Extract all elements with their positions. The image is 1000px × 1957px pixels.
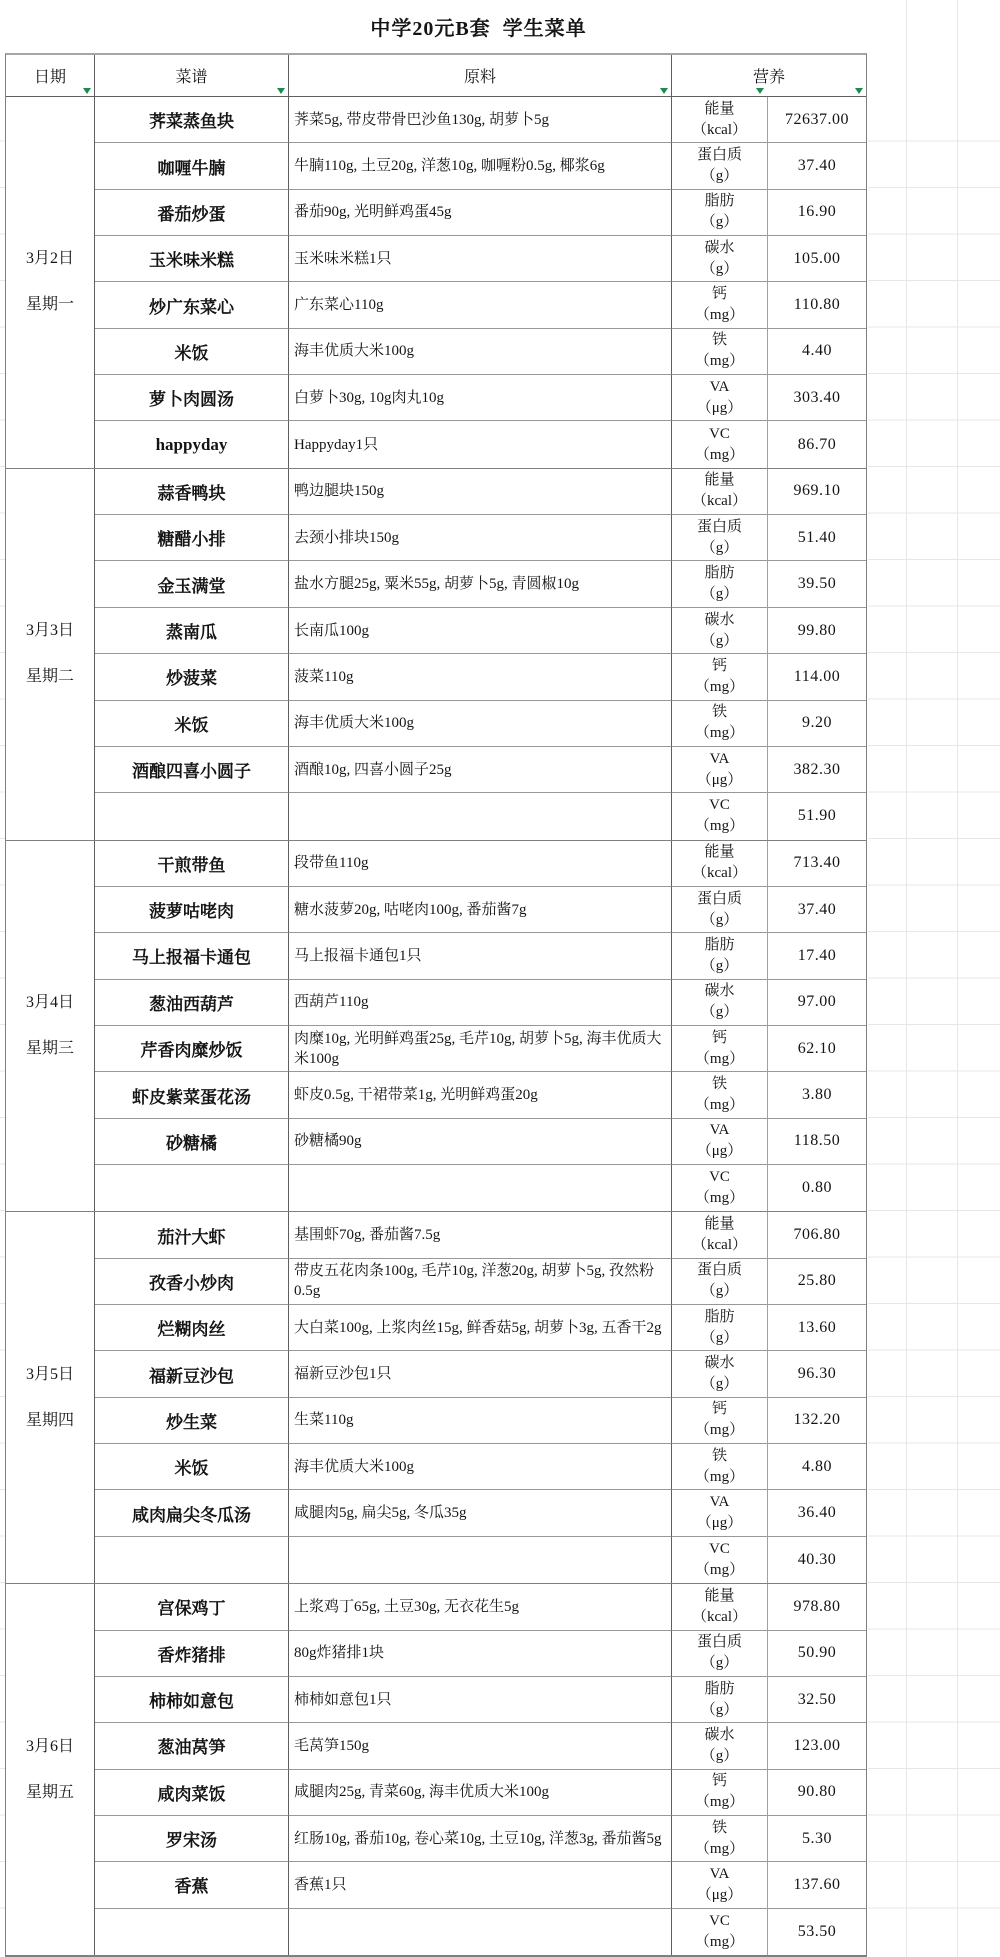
- nutrient-value-cell[interactable]: 40.30: [768, 1537, 866, 1583]
- dish-name-cell[interactable]: 玉米味米糕: [95, 236, 289, 282]
- weekday-line: 星期五: [26, 1783, 74, 1803]
- dish-name-cell[interactable]: 砂糖橘: [95, 1119, 289, 1165]
- dish-name-cell[interactable]: 虾皮紫菜蛋花汤: [95, 1072, 289, 1118]
- dish-name-cell[interactable]: 孜香小炒肉: [95, 1259, 289, 1305]
- ingredients-cell[interactable]: 海丰优质大米100g: [289, 701, 672, 747]
- ingredients-cell[interactable]: 虾皮0.5g, 干裙带菜1g, 光明鲜鸡蛋20g: [289, 1072, 672, 1118]
- dish-name-cell[interactable]: 福新豆沙包: [95, 1351, 289, 1397]
- nutrient-name-cell[interactable]: 蛋白质 （g）: [672, 1631, 768, 1677]
- date-line: 3月2日: [26, 249, 74, 269]
- dish-name-cell[interactable]: 香炸猪排: [95, 1631, 289, 1677]
- nutrient-unit: （g）: [701, 631, 739, 652]
- nutrient-name: 脂肪: [704, 1679, 734, 1700]
- dish-name-cell[interactable]: 咖喱牛腩: [95, 143, 289, 189]
- nutrient-value-cell[interactable]: 123.00: [768, 1723, 866, 1769]
- nutrient-name: VA: [710, 1120, 730, 1141]
- date-cell[interactable]: 3月5日 星期四: [6, 1212, 95, 1583]
- nutrient-unit: （mg）: [695, 1467, 744, 1488]
- dish-name-cell[interactable]: 咸肉菜饭: [95, 1770, 289, 1816]
- nutrient-value-cell[interactable]: 713.40: [768, 841, 866, 887]
- weekday-line: 星期四: [26, 1411, 74, 1431]
- nutrient-name-cell[interactable]: 脂肪 （g）: [672, 933, 768, 979]
- nutrient-name-cell[interactable]: 能量 （kcal）: [672, 1584, 768, 1630]
- nutrient-unit: （g）: [701, 1653, 739, 1674]
- nutrient-unit: （g）: [701, 1746, 739, 1767]
- dish-name-cell[interactable]: 咸肉扁尖冬瓜汤: [95, 1490, 289, 1536]
- ingredients-cell[interactable]: 荠菜5g, 带皮带骨巴沙鱼130g, 胡萝卜5g: [289, 97, 672, 143]
- nutrient-name-cell[interactable]: 蛋白质 （g）: [672, 1259, 768, 1305]
- dish-name-cell[interactable]: [95, 1165, 289, 1211]
- dish-name-cell[interactable]: 香蕉: [95, 1862, 289, 1908]
- nutrient-unit: （kcal）: [692, 120, 747, 141]
- nutrient-value-cell[interactable]: 105.00: [768, 236, 866, 282]
- nutrient-name: 脂肪: [704, 191, 734, 212]
- nutrient-name-cell[interactable]: 能量 （kcal）: [672, 469, 768, 515]
- ingredients-cell[interactable]: 白萝卜30g, 10g肉丸10g: [289, 375, 672, 421]
- nutrient-name: 能量: [704, 842, 734, 863]
- ingredients-cell[interactable]: 生菜110g: [289, 1398, 672, 1444]
- dish-name-cell[interactable]: 荠菜蒸鱼块: [95, 97, 289, 143]
- nutrient-name: 碳水: [704, 1353, 734, 1374]
- nutrient-value-cell[interactable]: 978.80: [768, 1584, 866, 1630]
- filter-arrow-icon[interactable]: [855, 88, 863, 94]
- nutrient-unit: （g）: [701, 166, 739, 187]
- dish-name-cell[interactable]: 炒生菜: [95, 1398, 289, 1444]
- dish-name-cell[interactable]: 金玉满堂: [95, 561, 289, 607]
- nutrient-name-cell[interactable]: 能量 （kcal）: [672, 841, 768, 887]
- nutrient-name-cell[interactable]: VA （μg）: [672, 1119, 768, 1165]
- nutrient-value-cell[interactable]: 17.40: [768, 933, 866, 979]
- dish-name-cell[interactable]: happyday: [95, 421, 289, 467]
- nutrient-unit: （g）: [701, 1374, 739, 1395]
- header-menu[interactable]: 菜谱: [95, 55, 289, 97]
- nutrient-name: 蛋白质: [697, 1260, 742, 1281]
- nutrient-name: 脂肪: [704, 563, 734, 584]
- nutrient-name-cell[interactable]: 碳水 （g）: [672, 980, 768, 1026]
- nutrient-unit: （kcal）: [692, 1235, 747, 1256]
- dish-name-cell[interactable]: [95, 1537, 289, 1583]
- dish-name-cell[interactable]: 干煎带鱼: [95, 841, 289, 887]
- nutrient-unit: （μg）: [697, 1141, 743, 1162]
- weekday-line: 星期三: [26, 1039, 74, 1059]
- nutrient-unit: （mg）: [695, 1095, 744, 1116]
- nutrient-value-cell[interactable]: 13.60: [768, 1305, 866, 1351]
- dish-name-cell[interactable]: 糖醋小排: [95, 515, 289, 561]
- nutrient-name: 钙: [712, 1771, 727, 1792]
- nutrient-value-cell[interactable]: 97.00: [768, 980, 866, 1026]
- dish-name-cell[interactable]: 茄汁大虾: [95, 1212, 289, 1258]
- nutrient-unit: （mg）: [695, 1839, 744, 1860]
- nutrient-unit: （g）: [701, 956, 739, 977]
- nutrient-name: 钙: [712, 1399, 727, 1420]
- nutrient-name: VC: [709, 795, 730, 816]
- nutrient-name: VC: [709, 1167, 730, 1188]
- nutrient-value-cell[interactable]: 37.40: [768, 887, 866, 933]
- header-date[interactable]: 日期: [6, 55, 95, 97]
- nutrient-value-cell[interactable]: 39.50: [768, 561, 866, 607]
- date-cell[interactable]: 3月4日 星期三: [6, 841, 95, 1212]
- nutrient-name: 铁: [712, 1074, 727, 1095]
- nutrient-unit: （g）: [701, 1002, 739, 1023]
- filter-arrow-icon[interactable]: [83, 88, 91, 94]
- nutrient-unit: （μg）: [697, 1513, 743, 1534]
- nutrient-value-cell[interactable]: 118.50: [768, 1119, 866, 1165]
- dish-name-cell[interactable]: 米饭: [95, 329, 289, 375]
- date-cell[interactable]: 3月2日 星期一: [6, 97, 95, 468]
- ingredients-cell[interactable]: 西葫芦110g: [289, 980, 672, 1026]
- date-inner: 3月4日 星期三: [26, 887, 74, 1165]
- date-line: 3月5日: [26, 1365, 74, 1385]
- nutrient-unit: （g）: [701, 259, 739, 280]
- nutrient-name: 蛋白质: [697, 889, 742, 910]
- nutrient-value-cell[interactable]: 16.90: [768, 190, 866, 236]
- ingredients-cell[interactable]: 长南瓜100g: [289, 608, 672, 654]
- nutrient-name-cell[interactable]: VA （μg）: [672, 747, 768, 793]
- nutrient-unit: （g）: [701, 910, 739, 931]
- nutrient-name: 钙: [712, 656, 727, 677]
- table-header-row: 日期 菜谱 原料 营养: [6, 55, 866, 97]
- nutrient-unit: （g）: [701, 538, 739, 559]
- ingredients-cell[interactable]: 去颈小排块150g: [289, 515, 672, 561]
- nutrient-value-cell[interactable]: 132.20: [768, 1398, 866, 1444]
- dish-name-cell[interactable]: 酒酿四喜小圆子: [95, 747, 289, 793]
- nutrient-name: 蛋白质: [697, 145, 742, 166]
- weekday-line: 星期一: [26, 295, 74, 315]
- nutrient-unit: （mg）: [695, 1420, 744, 1441]
- nutrient-name: VC: [709, 1911, 730, 1932]
- nutrient-unit: （kcal）: [692, 1607, 747, 1628]
- ingredients-cell[interactable]: 上浆鸡丁65g, 土豆30g, 无衣花生5g: [289, 1584, 672, 1630]
- nutrient-unit: （mg）: [695, 305, 744, 326]
- nutrient-name-cell[interactable]: 碳水 （g）: [672, 236, 768, 282]
- nutrient-unit: （mg）: [695, 351, 744, 372]
- nutrient-name-cell[interactable]: VC （mg）: [672, 1909, 768, 1955]
- dish-name-cell[interactable]: 马上报福卡通包: [95, 933, 289, 979]
- nutrient-unit: （mg）: [695, 445, 744, 466]
- ingredients-cell[interactable]: [289, 1537, 672, 1583]
- nutrient-name-cell[interactable]: VC （mg）: [672, 1537, 768, 1583]
- ingredients-cell[interactable]: Happyday1只: [289, 421, 672, 467]
- ingredients-cell[interactable]: 菠菜110g: [289, 654, 672, 700]
- ingredients-cell[interactable]: 鸭边腿块150g: [289, 469, 672, 515]
- ingredients-cell[interactable]: 大白菜100g, 上浆肉丝15g, 鲜香菇5g, 胡萝卜3g, 五香干2g: [289, 1305, 672, 1351]
- nutrient-name-cell[interactable]: VA （μg）: [672, 1490, 768, 1536]
- nutrient-value-cell[interactable]: 99.80: [768, 608, 866, 654]
- nutrient-name-cell[interactable]: VC （mg）: [672, 1165, 768, 1211]
- nutrient-name: 钙: [712, 284, 727, 305]
- nutrient-name: 能量: [704, 1214, 734, 1235]
- nutrient-unit: （mg）: [695, 1932, 744, 1953]
- nutrient-name: 脂肪: [704, 1307, 734, 1328]
- ingredients-cell[interactable]: 柿柿如意包1只: [289, 1677, 672, 1723]
- nutrient-name-cell[interactable]: 钙 （mg）: [672, 1770, 768, 1816]
- dish-name-cell[interactable]: [95, 1909, 289, 1955]
- nutrient-name-cell[interactable]: 铁 （mg）: [672, 701, 768, 747]
- nutrient-name-cell[interactable]: 碳水 （g）: [672, 608, 768, 654]
- dish-name-cell[interactable]: 炒菠菜: [95, 654, 289, 700]
- date-line: 3月3日: [26, 621, 74, 641]
- nutrient-unit: （g）: [701, 1281, 739, 1302]
- page-title: 中学20元B套 学生菜单: [0, 0, 957, 53]
- nutrient-name-cell[interactable]: 能量 （kcal）: [672, 97, 768, 143]
- nutrient-name-cell[interactable]: 脂肪 （g）: [672, 1677, 768, 1723]
- ingredients-cell[interactable]: 广东菜心110g: [289, 282, 672, 328]
- ingredients-cell[interactable]: 咸腿肉5g, 扁尖5g, 冬瓜35g: [289, 1490, 672, 1536]
- date-inner: 3月3日 星期二: [26, 515, 74, 793]
- nutrient-unit: （mg）: [695, 1049, 744, 1070]
- nutrient-value-cell[interactable]: 36.40: [768, 1490, 866, 1536]
- nutrient-value-cell[interactable]: 62.10: [768, 1026, 866, 1072]
- nutrient-value-cell[interactable]: 51.90: [768, 793, 866, 839]
- nutrient-name: VA: [710, 377, 730, 398]
- nutrient-unit: （mg）: [695, 723, 744, 744]
- nutrient-name: VA: [710, 1864, 730, 1885]
- nutrient-name-cell[interactable]: VC （mg）: [672, 793, 768, 839]
- nutrient-name: 碳水: [704, 610, 734, 631]
- filter-arrow-icon[interactable]: [660, 88, 668, 94]
- nutrient-unit: （g）: [701, 1700, 739, 1721]
- ingredients-cell[interactable]: 番茄90g, 光明鲜鸡蛋45g: [289, 190, 672, 236]
- filter-arrow-icon[interactable]: [756, 88, 764, 94]
- dish-name-cell[interactable]: 菠萝咕咾肉: [95, 887, 289, 933]
- nutrient-value-cell[interactable]: 382.30: [768, 747, 866, 793]
- nutrient-value-cell[interactable]: 51.40: [768, 515, 866, 561]
- dish-name-cell[interactable]: 罗宋汤: [95, 1816, 289, 1862]
- nutrient-value-cell[interactable]: 4.80: [768, 1444, 866, 1490]
- nutrient-name: 钙: [712, 1028, 727, 1049]
- dish-name-cell[interactable]: 葱油西葫芦: [95, 980, 289, 1026]
- nutrient-name: 铁: [712, 1818, 727, 1839]
- header-date-label: 日期: [34, 64, 66, 87]
- ingredients-cell[interactable]: 海丰优质大米100g: [289, 1444, 672, 1490]
- nutrient-name-cell[interactable]: 蛋白质 （g）: [672, 887, 768, 933]
- nutrient-value-cell[interactable]: 110.80: [768, 282, 866, 328]
- nutrient-unit: （μg）: [697, 398, 743, 419]
- dish-name-cell[interactable]: 蒜香鸭块: [95, 469, 289, 515]
- ingredients-cell[interactable]: 红肠10g, 番茄10g, 卷心菜10g, 土豆10g, 洋葱3g, 番茄酱5g: [289, 1816, 672, 1862]
- nutrient-name-cell[interactable]: 碳水 （g）: [672, 1351, 768, 1397]
- nutrient-name-cell[interactable]: 铁 （mg）: [672, 329, 768, 375]
- date-cell[interactable]: 3月3日 星期二: [6, 469, 95, 840]
- day-block: 3月3日 星期二 蒜香鸭块 鸭边腿块150g 能量 （kcal） 969.10 …: [6, 469, 866, 841]
- nutrient-name-cell[interactable]: 钙 （mg）: [672, 1026, 768, 1072]
- dish-name-cell[interactable]: 芹香肉糜炒饭: [95, 1026, 289, 1072]
- nutrient-value-cell[interactable]: 32.50: [768, 1677, 866, 1723]
- date-inner: 3月6日 星期五: [26, 1631, 74, 1909]
- ingredients-cell[interactable]: 砂糖橘90g: [289, 1119, 672, 1165]
- nutrient-value-cell[interactable]: 5.30: [768, 1816, 866, 1862]
- nutrient-value-cell[interactable]: 37.40: [768, 143, 866, 189]
- nutrient-value-cell[interactable]: 53.50: [768, 1909, 866, 1955]
- dish-name-cell[interactable]: 萝卜肉圆汤: [95, 375, 289, 421]
- filter-arrow-icon[interactable]: [277, 88, 285, 94]
- ingredients-cell[interactable]: [289, 1909, 672, 1955]
- nutrient-name-cell[interactable]: 铁 （mg）: [672, 1072, 768, 1118]
- nutrient-value-cell[interactable]: 9.20: [768, 701, 866, 747]
- nutrient-name: 能量: [704, 470, 734, 491]
- nutrient-name-cell[interactable]: 钙 （mg）: [672, 654, 768, 700]
- nutrient-name: VC: [709, 424, 730, 445]
- dish-name-cell[interactable]: 米饭: [95, 701, 289, 747]
- nutrient-unit: （mg）: [695, 1560, 744, 1581]
- date-cell[interactable]: 3月6日 星期五: [6, 1584, 95, 1955]
- nutrient-value-cell[interactable]: 4.40: [768, 329, 866, 375]
- nutrient-name-cell[interactable]: 脂肪 （g）: [672, 1305, 768, 1351]
- nutrient-unit: （g）: [701, 1328, 739, 1349]
- nutrient-name-cell[interactable]: 铁 （mg）: [672, 1816, 768, 1862]
- nutrient-value-cell[interactable]: 303.40: [768, 375, 866, 421]
- ingredients-cell[interactable]: 福新豆沙包1只: [289, 1351, 672, 1397]
- ingredients-cell[interactable]: 盐水方腿25g, 粟米55g, 胡萝卜5g, 青圆椒10g: [289, 561, 672, 607]
- ingredients-cell[interactable]: 80g炸猪排1块: [289, 1631, 672, 1677]
- ingredients-cell[interactable]: 酒酿10g, 四喜小圆子25g: [289, 747, 672, 793]
- day-block: 3月4日 星期三 干煎带鱼 段带鱼110g 能量 （kcal） 713.40 菠…: [6, 841, 866, 1213]
- nutrient-unit: （μg）: [697, 1885, 743, 1906]
- nutrient-value-cell[interactable]: 137.60: [768, 1862, 866, 1908]
- nutrient-value-cell[interactable]: 50.90: [768, 1631, 866, 1677]
- nutrient-name-cell[interactable]: 蛋白质 （g）: [672, 515, 768, 561]
- table-body: 3月2日 星期一 荠菜蒸鱼块 荠菜5g, 带皮带骨巴沙鱼130g, 胡萝卜5g …: [6, 97, 866, 1955]
- ingredients-cell[interactable]: 玉米味米糕1只: [289, 236, 672, 282]
- nutrient-name-cell[interactable]: VC （mg）: [672, 421, 768, 467]
- nutrient-unit: （μg）: [697, 770, 743, 791]
- dish-name-cell[interactable]: 烂糊肉丝: [95, 1305, 289, 1351]
- header-ingredients[interactable]: 原料: [289, 55, 672, 97]
- ingredients-cell[interactable]: 糖水菠萝20g, 咕咾肉100g, 番茄酱7g: [289, 887, 672, 933]
- day-block: 3月6日 星期五 宫保鸡丁 上浆鸡丁65g, 土豆30g, 无衣花生5g 能量 …: [6, 1584, 866, 1955]
- date-inner: 3月5日 星期四: [26, 1259, 74, 1537]
- nutrient-name-cell[interactable]: 碳水 （g）: [672, 1723, 768, 1769]
- day-block: 3月5日 星期四 茄汁大虾 基围虾70g, 番茄酱7.5g 能量 （kcal） …: [6, 1212, 866, 1584]
- nutrient-name: 铁: [712, 702, 727, 723]
- nutrient-value-cell[interactable]: 0.80: [768, 1165, 866, 1211]
- nutrient-name: 能量: [704, 99, 734, 120]
- ingredients-cell[interactable]: 肉糜10g, 光明鲜鸡蛋25g, 毛芹10g, 胡萝卜5g, 海丰优质大米100…: [289, 1026, 672, 1072]
- nutrient-value-cell[interactable]: 3.80: [768, 1072, 866, 1118]
- ingredients-cell[interactable]: 咸腿肉25g, 青菜60g, 海丰优质大米100g: [289, 1770, 672, 1816]
- dish-name-cell[interactable]: 炒广东菜心: [95, 282, 289, 328]
- header-ingredients-label: 原料: [464, 64, 496, 87]
- nutrient-name: 铁: [712, 330, 727, 351]
- nutrient-name: 碳水: [704, 238, 734, 259]
- day-block: 3月2日 星期一 荠菜蒸鱼块 荠菜5g, 带皮带骨巴沙鱼130g, 胡萝卜5g …: [6, 97, 866, 469]
- nutrient-value-cell[interactable]: 114.00: [768, 654, 866, 700]
- nutrient-name: 脂肪: [704, 935, 734, 956]
- nutrient-name-cell[interactable]: 铁 （mg）: [672, 1444, 768, 1490]
- ingredients-cell[interactable]: 海丰优质大米100g: [289, 329, 672, 375]
- nutrient-name: VC: [709, 1539, 730, 1560]
- nutrient-unit: （kcal）: [692, 863, 747, 884]
- dish-name-cell[interactable]: 番茄炒蛋: [95, 190, 289, 236]
- ingredients-cell[interactable]: [289, 1165, 672, 1211]
- nutrient-name-cell[interactable]: 脂肪 （g）: [672, 561, 768, 607]
- nutrient-name-cell[interactable]: 脂肪 （g）: [672, 190, 768, 236]
- nutrient-value-cell[interactable]: 90.80: [768, 1770, 866, 1816]
- ingredients-cell[interactable]: 带皮五花肉条100g, 毛芹10g, 洋葱20g, 胡萝卜5g, 孜然粉0.5g: [289, 1259, 672, 1305]
- nutrient-name-cell[interactable]: VA （μg）: [672, 1862, 768, 1908]
- ingredients-cell[interactable]: 马上报福卡通包1只: [289, 933, 672, 979]
- nutrient-name: 碳水: [704, 981, 734, 1002]
- nutrient-name-cell[interactable]: 蛋白质 （g）: [672, 143, 768, 189]
- nutrient-name: 能量: [704, 1586, 734, 1607]
- nutrient-value-cell[interactable]: 72637.00: [768, 97, 866, 143]
- nutrient-unit: （mg）: [695, 677, 744, 698]
- menu-table: 日期 菜谱 原料 营养 3月2日 星期一 荠菜蒸鱼块 荠菜5g, 带皮带骨巴沙鱼…: [5, 53, 867, 1957]
- nutrient-value-cell[interactable]: 706.80: [768, 1212, 866, 1258]
- header-menu-label: 菜谱: [175, 64, 207, 87]
- nutrient-unit: （kcal）: [692, 491, 747, 512]
- nutrient-unit: （g）: [701, 584, 739, 605]
- weekday-line: 星期二: [26, 667, 74, 687]
- nutrient-name: 蛋白质: [697, 517, 742, 538]
- nutrient-name: VA: [710, 1492, 730, 1513]
- dish-name-cell[interactable]: 宫保鸡丁: [95, 1584, 289, 1630]
- ingredients-cell[interactable]: 香蕉1只: [289, 1862, 672, 1908]
- header-nutrition[interactable]: 营养: [672, 55, 866, 97]
- dish-name-cell[interactable]: [95, 793, 289, 839]
- date-line: 3月6日: [26, 1737, 74, 1757]
- nutrient-value-cell[interactable]: 969.10: [768, 469, 866, 515]
- dish-name-cell[interactable]: 葱油莴笋: [95, 1723, 289, 1769]
- nutrient-name: 铁: [712, 1446, 727, 1467]
- ingredients-cell[interactable]: [289, 793, 672, 839]
- nutrient-name-cell[interactable]: 钙 （mg）: [672, 282, 768, 328]
- header-nutrition-label: 营养: [753, 64, 785, 87]
- nutrient-unit: （mg）: [695, 1188, 744, 1209]
- faint-gridline-rows-right: [868, 95, 1000, 1954]
- date-inner: 3月2日 星期一: [26, 143, 74, 421]
- date-line: 3月4日: [26, 993, 74, 1013]
- nutrient-unit: （mg）: [695, 816, 744, 837]
- nutrient-value-cell[interactable]: 25.80: [768, 1259, 866, 1305]
- dish-name-cell[interactable]: 米饭: [95, 1444, 289, 1490]
- nutrient-unit: （g）: [701, 212, 739, 233]
- nutrient-name-cell[interactable]: 钙 （mg）: [672, 1398, 768, 1444]
- dish-name-cell[interactable]: 柿柿如意包: [95, 1677, 289, 1723]
- nutrient-name-cell[interactable]: VA （μg）: [672, 375, 768, 421]
- nutrient-name-cell[interactable]: 能量 （kcal）: [672, 1212, 768, 1258]
- nutrient-name: 碳水: [704, 1725, 734, 1746]
- nutrient-value-cell[interactable]: 86.70: [768, 421, 866, 467]
- nutrient-name: VA: [710, 749, 730, 770]
- ingredients-cell[interactable]: 段带鱼110g: [289, 841, 672, 887]
- ingredients-cell[interactable]: 基围虾70g, 番茄酱7.5g: [289, 1212, 672, 1258]
- ingredients-cell[interactable]: 牛腩110g, 土豆20g, 洋葱10g, 咖喱粉0.5g, 椰浆6g: [289, 143, 672, 189]
- nutrient-unit: （mg）: [695, 1792, 744, 1813]
- dish-name-cell[interactable]: 蒸南瓜: [95, 608, 289, 654]
- nutrient-value-cell[interactable]: 96.30: [768, 1351, 866, 1397]
- nutrient-name: 蛋白质: [697, 1632, 742, 1653]
- ingredients-cell[interactable]: 毛莴笋150g: [289, 1723, 672, 1769]
